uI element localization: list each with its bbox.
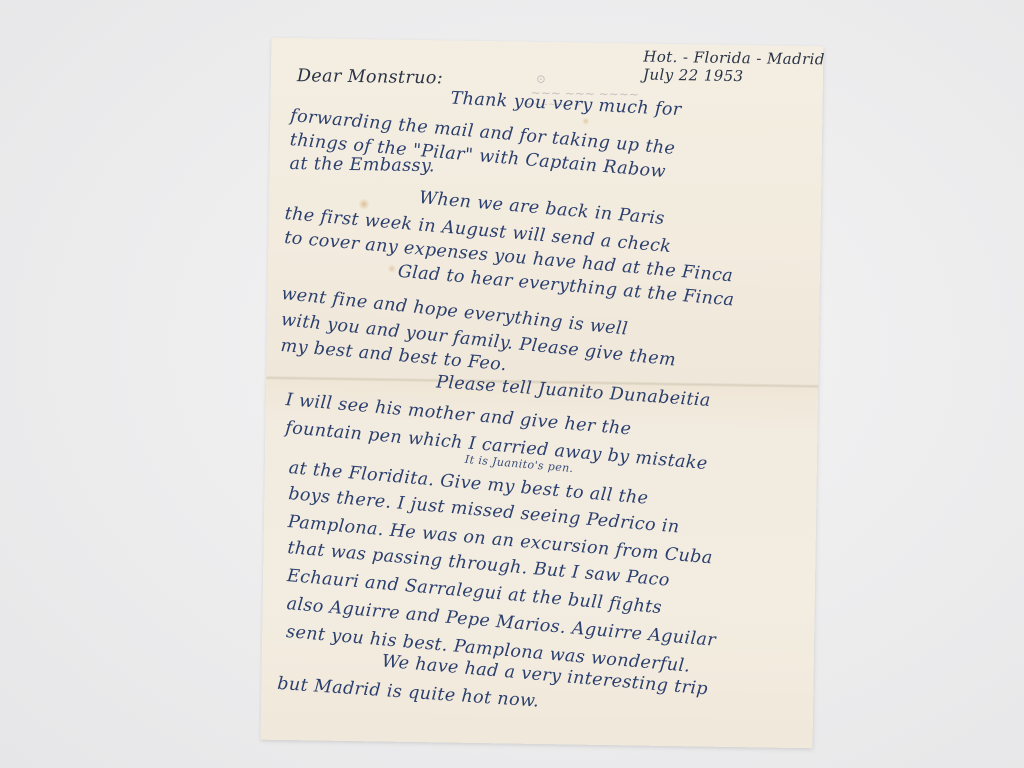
pencil-annotation: ⊙: [536, 72, 546, 86]
foxing-stain: [582, 118, 589, 125]
letter-salutation: Dear Monstruo:: [297, 66, 443, 88]
foxing-stain: [388, 265, 396, 273]
letter-line: at the Embassy.: [289, 154, 435, 176]
foxing-stain: [359, 199, 369, 209]
handwritten-letter: ⊙ ~~~ ~~~ ~~~~ ~~~~~ ~~ Hot. - Florida -…: [261, 38, 824, 749]
letter-header-date: July 22 1953: [643, 66, 744, 86]
